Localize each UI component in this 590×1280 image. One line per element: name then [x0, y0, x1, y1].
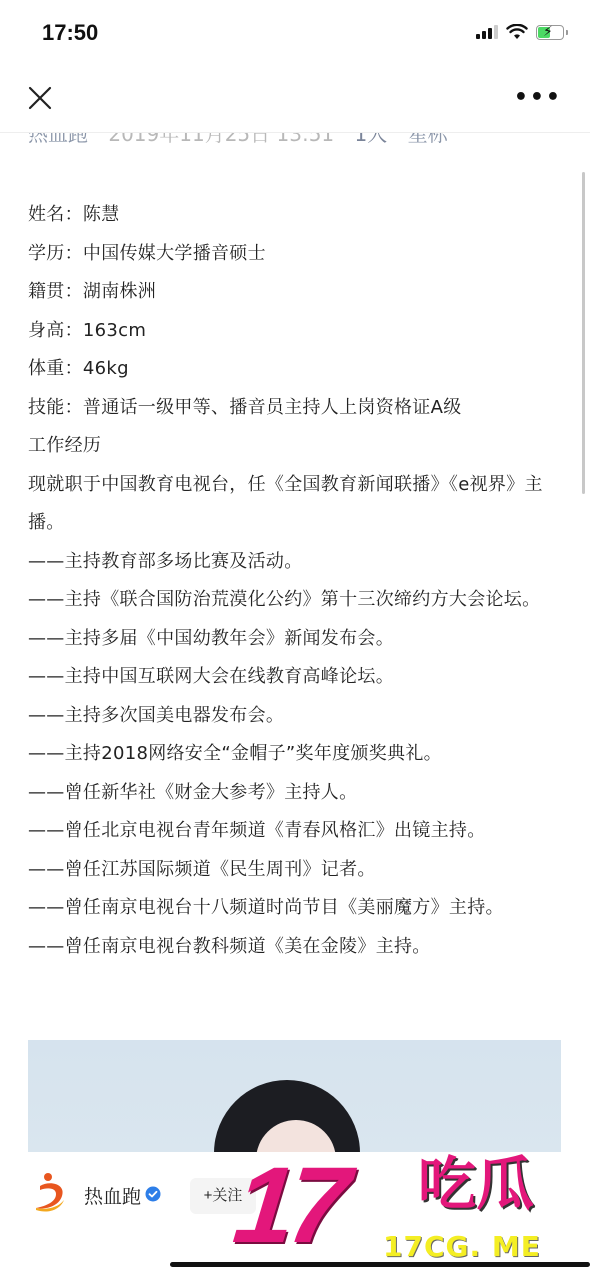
- experience-item: ——曾任南京电视台教科频道《美在金陵》主持。: [28, 928, 568, 967]
- scrollbar[interactable]: [582, 172, 585, 494]
- experience-item: ——曾任北京电视台青年频道《青春风格汇》出镜主持。: [28, 812, 568, 851]
- divider: [0, 132, 590, 133]
- article-photo[interactable]: [28, 1040, 561, 1160]
- section-heading-experience: 工作经历: [28, 427, 568, 466]
- close-icon[interactable]: [26, 84, 56, 114]
- info-skills: 技能：普通话一级甲等、播音员主持人上岗资格证A级: [28, 389, 568, 428]
- watermark-number: 17: [229, 1150, 349, 1260]
- experience-item: ——曾任新华社《财金大参考》主持人。: [28, 774, 568, 813]
- experience-item: ——主持2018网络安全“金帽子”奖年度颁奖典礼。: [28, 735, 568, 774]
- watermark-text: 吃瓜: [418, 1152, 534, 1216]
- battery-tip: [566, 30, 568, 35]
- phone-screen: 17:50 ⚡ ••• 热血跑 2019年11月25日 13:51 1人: [0, 0, 590, 1280]
- experience-item: ——主持多届《中国幼教年会》新闻发布会。: [28, 620, 568, 659]
- experience-current: 现就职于中国教育电视台，任《全国教育新闻联播》《e视界》主播。: [28, 466, 568, 543]
- cellular-signal-icon: [476, 25, 498, 39]
- watermark-url: 17CG. ME: [383, 1232, 541, 1262]
- experience-item: ——曾任南京电视台十八频道时尚节目《美丽魔方》主持。: [28, 889, 568, 928]
- experience-item: ——曾任江苏国际频道《民生周刊》记者。: [28, 851, 568, 890]
- experience-item: ——主持中国互联网大会在线教育高峰论坛。: [28, 658, 568, 697]
- status-bar: 17:50 ⚡: [0, 0, 590, 70]
- more-icon[interactable]: •••: [514, 90, 562, 106]
- info-weight: 体重：46kg: [28, 350, 568, 389]
- status-icons: ⚡: [476, 24, 568, 40]
- experience-item: ——主持《联合国防治荒漠化公约》第十三次缔约方大会论坛。: [28, 581, 568, 620]
- verified-badge-icon: [145, 1186, 161, 1202]
- home-indicator: [170, 1262, 590, 1267]
- info-education: 学历：中国传媒大学播音硕士: [28, 235, 568, 274]
- author-name[interactable]: 热血跑: [84, 1182, 141, 1209]
- info-height: 身高：163cm: [28, 312, 568, 351]
- article-body: 姓名：陈慧 学历：中国传媒大学播音硕士 籍贯：湖南株洲 身高：163cm 体重：…: [28, 196, 568, 966]
- experience-item: ——主持多次国美电器发布会。: [28, 697, 568, 736]
- status-time: 17:50: [42, 20, 98, 46]
- nav-bar: •••: [0, 70, 590, 132]
- author-logo-icon[interactable]: [32, 1170, 72, 1214]
- info-name: 姓名：陈慧: [28, 196, 568, 235]
- wifi-icon: [506, 24, 528, 40]
- battery-charging-icon: ⚡: [536, 25, 564, 40]
- info-hometown: 籍贯：湖南株洲: [28, 273, 568, 312]
- experience-item: ——主持教育部多场比赛及活动。: [28, 543, 568, 582]
